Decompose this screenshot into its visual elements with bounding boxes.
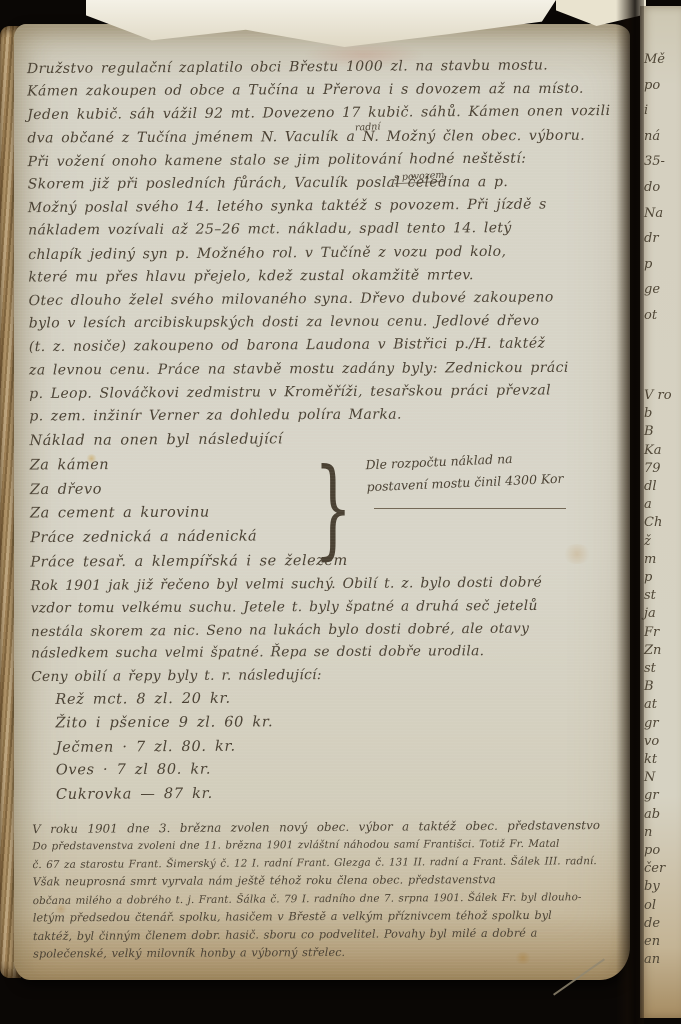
pencil-stroke — [553, 958, 605, 995]
facing-page-text-fragment: B — [644, 679, 654, 694]
manuscript-line: následkem sucha velmi špatné. Řepa se do… — [31, 640, 627, 666]
facing-page-text-fragment: Mě — [644, 52, 665, 67]
manuscript-line: chlapík jediný syn p. Možného rol. v Tuč… — [28, 240, 624, 267]
manuscript-line: Rok 1901 jak již řečeno byl velmi suchý.… — [30, 571, 626, 598]
facing-page-text-fragment: po — [644, 78, 660, 93]
manuscript-line: bylo v lesích arcibiskupských dosti za l… — [29, 310, 625, 336]
facing-page-text-fragment: an — [644, 952, 660, 967]
manuscript-line: které mu přes hlavu přejelo, kdež zustal… — [28, 263, 624, 289]
facing-page-text-fragment: st — [644, 661, 656, 676]
facing-page-text-fragment: ná — [644, 129, 660, 144]
manuscript-line: p. zem. inžinír Verner za dohledu políra… — [29, 403, 625, 429]
manuscript-line: Však neuprosná smrt vyrvala nám ještě té… — [33, 871, 629, 892]
manuscript-line: Cukrovka — 87 kr. — [32, 780, 628, 808]
paragraph-election-1901: V roku 1901 dne 3. brězna zvolen nový ob… — [32, 816, 629, 964]
facing-page-text-fragment: Fr — [644, 625, 659, 640]
facing-page-text-fragment: p — [644, 570, 652, 585]
manuscript-line: společenské, velký milovník honby a výbo… — [33, 943, 629, 964]
facing-page-text-fragment: 35- — [644, 154, 665, 169]
interline-insertion-radni: radní — [355, 121, 381, 133]
facing-page-text-fragment: 79 — [644, 461, 661, 476]
facing-page-text-fragment: gr — [644, 716, 659, 731]
facing-page-text-fragment: ot — [644, 308, 657, 323]
facing-page-text-fragment: ab — [644, 807, 660, 822]
paragraph-crop-prices: Rež mct. 8 zl. 20 kr.Žito i pšenice 9 zl… — [31, 685, 628, 808]
photo-background: ~ 36 ~ Družstvo regulační zaplatilo obci… — [0, 0, 681, 1024]
facing-page-edge: Měpoiná35-doNadrpgeotV robBKa79dlaChžmps… — [640, 6, 681, 1018]
manuscript-line: Rež mct. 8 zl. 20 kr. — [31, 685, 627, 713]
cost-list-brace: } — [314, 444, 352, 574]
facing-page-text-fragment: ol — [644, 898, 656, 913]
facing-page-text-fragment: at — [644, 697, 657, 712]
facing-page-text-fragment: ge — [644, 282, 660, 297]
facing-page-text-fragment: čer — [644, 861, 665, 876]
manuscript-line: vzdor tomu velkému suchu. Jetele t. byly… — [31, 594, 627, 620]
margin-note-underline — [374, 508, 566, 509]
facing-page-text-fragment: de — [644, 916, 660, 931]
manuscript-line: (t. z. nosiče) zakoupeno od barona Laudo… — [29, 332, 625, 359]
facing-page-text-fragment: en — [644, 934, 660, 949]
manuscript-line: dva občané z Tučína jménem N. Vaculík a … — [27, 124, 623, 150]
facing-page-text-fragment: b — [644, 406, 652, 421]
facing-page-text-fragment: m — [644, 552, 656, 567]
manuscript-line: Žito i pšenice 9 zl. 60 kr. — [31, 709, 627, 736]
manuscript-line: nákladem vozívali až 25–26 mct. nákladu,… — [28, 217, 624, 243]
facing-page-text-fragment: Ka — [644, 443, 661, 458]
facing-page-text-fragment: do — [644, 180, 660, 195]
facing-page-text-fragment: B — [644, 424, 654, 439]
facing-page-text-fragment: dl — [644, 479, 656, 494]
manuscript-page: ~ 36 ~ Družstvo regulační zaplatilo obci… — [14, 24, 630, 980]
margin-note-total-cost: Dle rozpočtu náklad na postavení mostu č… — [365, 446, 564, 499]
facing-page-text-fragment: ja — [644, 606, 656, 621]
facing-page-text-fragment: n — [644, 825, 652, 840]
manuscript-line: Skorem již při posledních fůrách, Vaculí… — [28, 171, 624, 197]
book-gutter-shadow — [616, 0, 644, 1024]
facing-page-text-fragment: a — [644, 497, 652, 512]
manuscript-line: Kámen zakoupen od obce a Tučína u Přerov… — [27, 78, 623, 104]
facing-page-text-fragment: kt — [644, 752, 657, 767]
manuscript-line: za levnou cenu. Práce na stavbě mostu za… — [29, 356, 625, 382]
facing-page-text-fragment: V ro — [644, 388, 672, 403]
facing-page-text-fragment: vo — [644, 734, 659, 749]
facing-page-text-fragment: po — [644, 843, 660, 858]
facing-page-text-fragment: Na — [644, 206, 663, 221]
facing-page-text-fragment: N — [644, 770, 655, 785]
manuscript-line: Oves · 7 zl 80. kr. — [32, 757, 628, 784]
paragraph-harvest-1901: Rok 1901 jak již řečeno byl velmi suchý.… — [30, 571, 627, 689]
paragraph-bridge-account: Družstvo regulační zaplatilo obci Břestu… — [27, 54, 626, 429]
facing-page-text-fragment: dr — [644, 231, 659, 246]
facing-page-text-fragment: st — [644, 588, 656, 603]
facing-page-text-fragment: Ch — [644, 515, 662, 530]
facing-page-text-fragment: i — [644, 103, 648, 118]
facing-page-text-fragment: ž — [644, 534, 651, 549]
facing-page-text-fragment: p — [644, 257, 652, 272]
facing-page-text-fragment: Zn — [644, 643, 661, 658]
manuscript-line: letým předsedou čtenář. spolku, hasičem … — [33, 907, 629, 928]
facing-page-text-fragment: by — [644, 879, 660, 894]
manuscript-line: Jeden kubič. sáh vážil 92 mt. Dovezeno 1… — [27, 100, 623, 127]
facing-page-text-fragment: gr — [644, 788, 659, 803]
manuscript-line: Do představenstva zvoleni dne 11. brězna… — [32, 835, 628, 856]
